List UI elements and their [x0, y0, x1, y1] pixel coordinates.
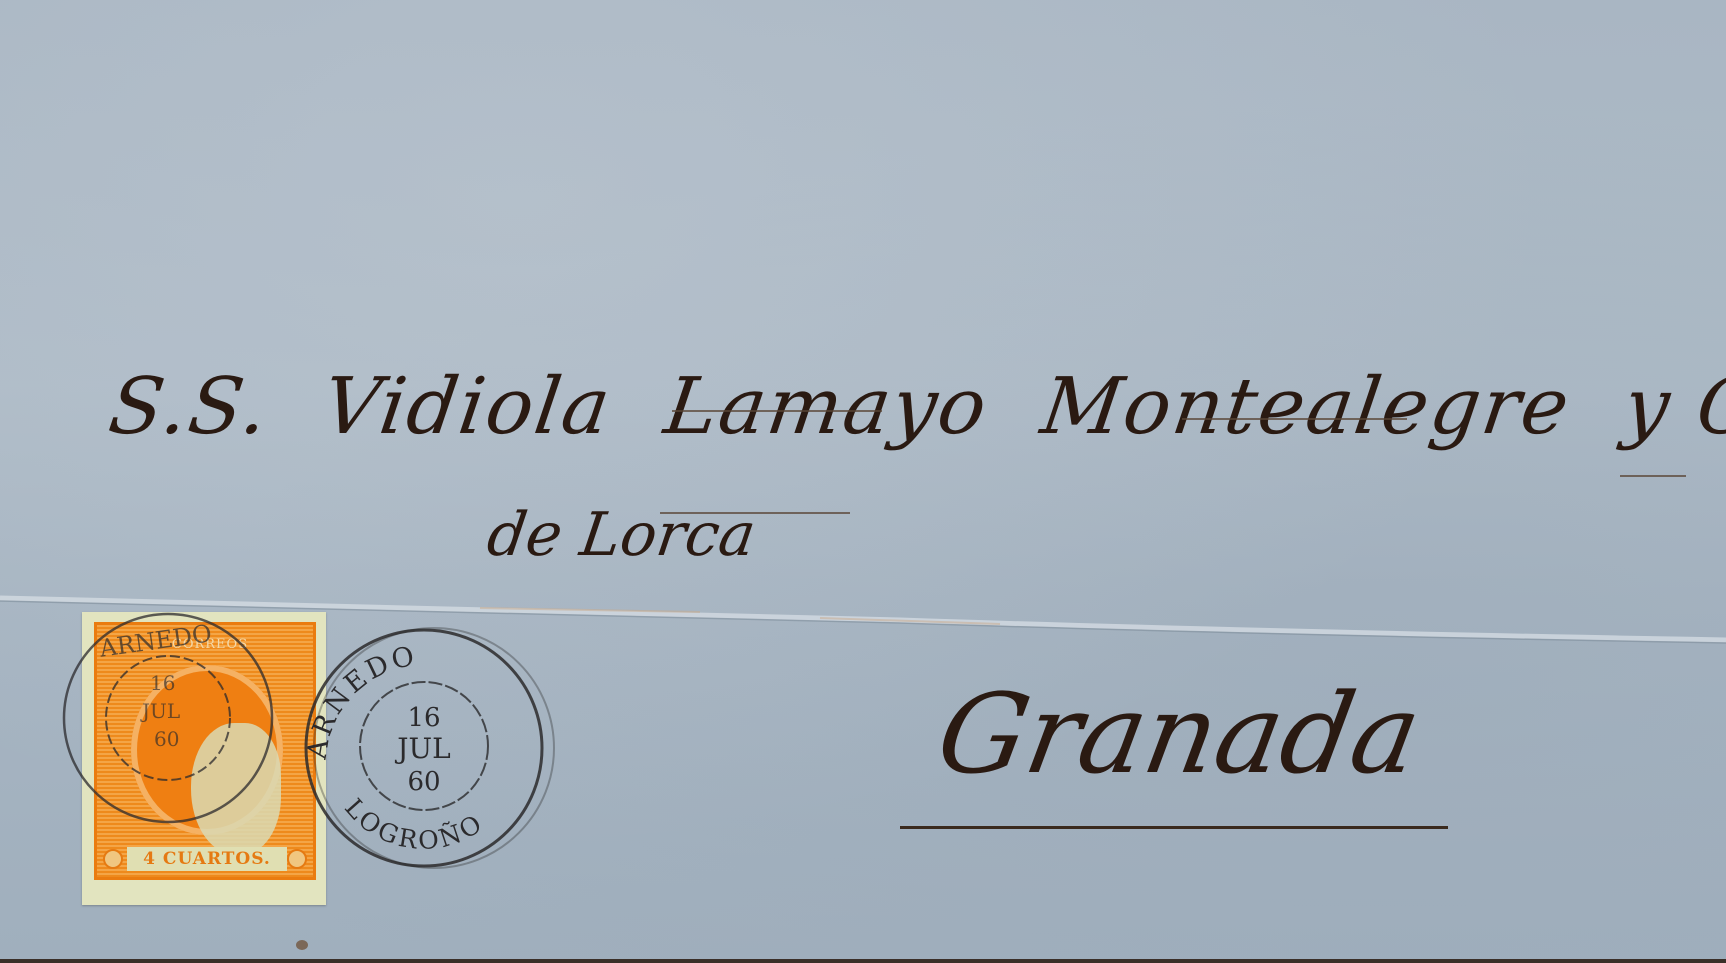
- address-city: Granada: [929, 670, 1430, 798]
- cancel-town: ARNEDO: [97, 619, 214, 663]
- cover-bottom-edge: [0, 959, 1726, 963]
- address-line-2: de Lorca: [483, 500, 760, 570]
- cancel-year: 60: [154, 727, 179, 751]
- address-line-1: S.S. Vidiola Lamayo Montealegre y Cª: [104, 362, 1726, 452]
- stamp-value-label: 4 CUARTOS.: [127, 847, 287, 871]
- address-name-1: Vidiola: [317, 362, 617, 452]
- address-salutation: S.S.: [104, 362, 276, 452]
- cancel-day: 16: [150, 671, 175, 695]
- postmark-province: LOGROÑO: [339, 793, 489, 855]
- address-company: y Cª: [1618, 362, 1726, 452]
- postmark: ARNEDO LOGROÑO 16 JUL 60: [296, 620, 556, 880]
- postmark-day: 16: [407, 703, 440, 733]
- address-name-2: Lamayo: [659, 362, 993, 452]
- pen-stroke: [1182, 418, 1407, 420]
- postmark-year: 60: [407, 767, 440, 797]
- postmark-month: JUL: [394, 732, 450, 765]
- cancel-month: JUL: [140, 699, 180, 723]
- address-name-3: Montealegre: [1036, 362, 1576, 452]
- pen-stroke: [672, 410, 882, 412]
- postal-cover: S.S. Vidiola Lamayo Montealegre y Cª de …: [0, 0, 1726, 963]
- svg-text:LOGROÑO: LOGROÑO: [339, 793, 489, 855]
- stamp-cancel-mark: ARNEDO 16 JUL 60: [50, 610, 280, 840]
- city-underline: [900, 826, 1448, 829]
- rust-spot: [296, 940, 308, 950]
- stamp-corner-ornament-icon: [103, 849, 123, 869]
- pen-stroke: [1620, 475, 1686, 477]
